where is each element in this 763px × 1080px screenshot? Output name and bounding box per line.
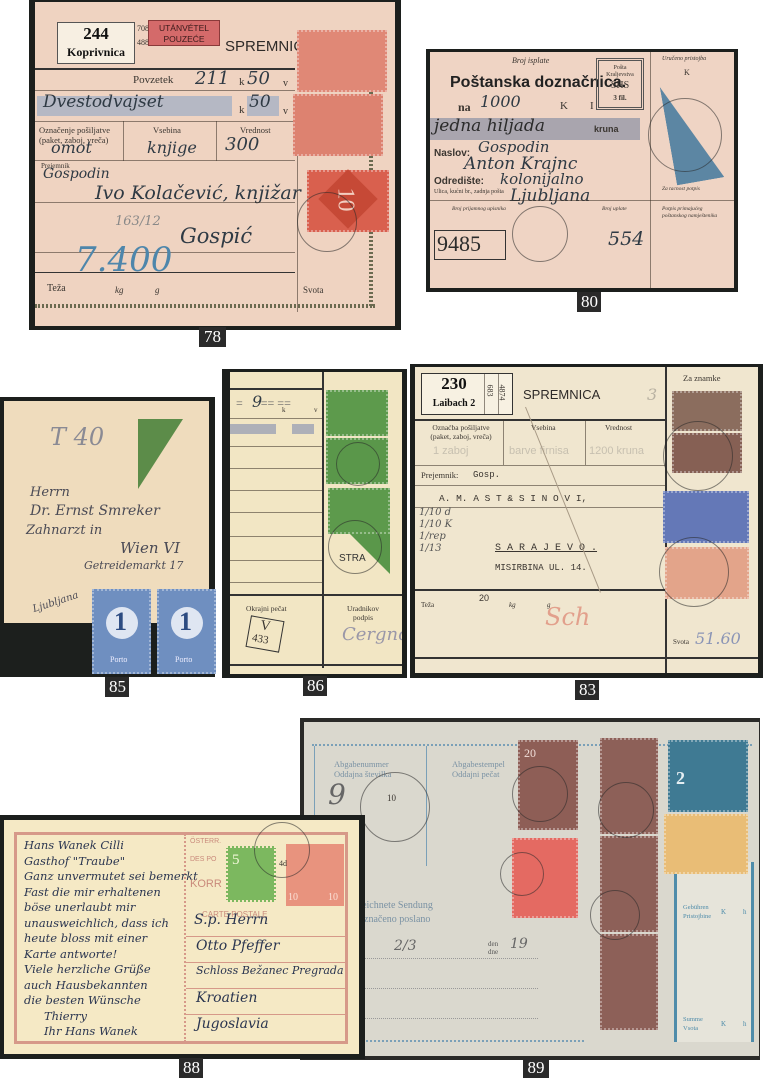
boxed-cancel: V 433 xyxy=(245,615,284,652)
k-label: k xyxy=(282,406,286,414)
povzetek-value: 211 xyxy=(195,68,229,89)
postmark-date: 10 xyxy=(387,793,396,803)
message-line: Ganz unvermutet sei bemerkt xyxy=(24,869,198,883)
uradnikov-label: Uradnikov podpis xyxy=(338,604,388,622)
signature: Cergnoff xyxy=(342,624,402,645)
box-number: 433 xyxy=(251,632,269,647)
za-znamke-label: Za znamke xyxy=(683,373,721,383)
header-3: DES PO xyxy=(190,856,216,863)
weight-handwritten: 7.400 xyxy=(75,240,172,280)
stamp-red-1 xyxy=(297,30,387,92)
address-line-1: Herrn xyxy=(30,485,70,500)
weight-value: 20 xyxy=(479,593,489,603)
lot-number-80: 80 xyxy=(577,292,601,312)
postmark-5 xyxy=(590,890,640,940)
lot-number-78: 78 xyxy=(199,327,226,347)
blue-stamp xyxy=(663,491,749,543)
postmark xyxy=(297,192,357,252)
message-line: Hans Wanek Cilli xyxy=(24,838,124,852)
postmark-2 xyxy=(512,766,568,822)
parcel-form-89[interactable]: Abgabenummer Oddajna številka Abgabestem… xyxy=(304,722,759,1056)
kruna-label: kruna xyxy=(594,124,619,134)
postmark-1 xyxy=(663,421,733,491)
oddajni-pecat-label: Oddajni pečat xyxy=(452,769,499,779)
vrednost-label: Vrednost xyxy=(605,423,632,432)
registration-label: 244 Koprivnica xyxy=(57,22,135,64)
dne-label: dne xyxy=(488,948,498,956)
oznacba-sub: (paket, zaboj, vreča) xyxy=(423,432,499,441)
recipient-line-1: Gospodin xyxy=(43,166,110,182)
message-line: Ihr Hans Wanek xyxy=(44,1024,138,1038)
uplate-value: 554 xyxy=(608,228,644,250)
blue-stamp-2k: 2 xyxy=(668,740,748,812)
message-line: heute bloss mit einer xyxy=(24,931,147,945)
parcel-card-86[interactable]: = == == 9 k v Okrajni pečat Uradnikov po… xyxy=(230,372,402,674)
value-3: 1200 kruna xyxy=(589,445,644,457)
amount-value: 9 xyxy=(252,392,262,411)
den-label: den xyxy=(488,940,498,948)
recipient-name: A. M. A S T & S I N O V I, xyxy=(439,493,587,504)
sender-note: Ljubljana xyxy=(31,590,79,615)
amount-words: jedna hiljada xyxy=(434,116,545,136)
svota-value: 51.60 xyxy=(695,629,741,648)
postage-box: Pošta Kraljevstva SHS 3 fil. xyxy=(596,58,644,110)
k-label-2: k xyxy=(239,104,245,116)
oznacenje-label: Označenje pošiljatve xyxy=(39,125,110,135)
green-stamp-1 xyxy=(326,390,388,436)
message-line: auch Hausbekannten xyxy=(24,978,148,992)
postmark-3 xyxy=(598,782,654,838)
lot-number-86: 86 xyxy=(303,676,327,696)
K-label-2: K xyxy=(721,1020,726,1028)
k-label-2: K xyxy=(684,68,690,77)
gosp-label: Gosp. xyxy=(473,470,500,480)
vrednost-value: 300 xyxy=(225,134,259,155)
pencil-mark: 3 xyxy=(647,385,657,404)
grey-field-2 xyxy=(292,424,314,434)
registration-label: 230 Laibach 2 683 4874 xyxy=(421,373,513,415)
k-label: k xyxy=(239,76,245,88)
message-line: böse unerlaubt mir xyxy=(24,900,135,914)
stamp-red-2 xyxy=(293,94,383,156)
vsebina-value: knjige xyxy=(147,138,197,157)
bisected-green-stamp xyxy=(138,419,183,489)
parcel-card-78[interactable]: 244 Koprivnica 708 4886 UTÁNVÉTEL POUZEĆ… xyxy=(35,2,395,326)
postmark-1: 10 xyxy=(360,772,430,842)
pristojbine-label: Pristojbine xyxy=(683,913,711,920)
brown-stamp-value: 20 xyxy=(524,746,536,761)
uruceno-label: Uručeno pristojba xyxy=(662,56,706,62)
message-line: die besten Wünsche xyxy=(24,993,141,1007)
cents-value: 50 xyxy=(249,92,271,112)
box-line-2: Kraljevstva xyxy=(599,72,641,78)
address-line: Schloss Bežanec Pregrada xyxy=(196,964,344,977)
prejemnik-label: Prejemnik: xyxy=(421,470,458,480)
recipient-city: Gospić xyxy=(180,224,252,248)
recipient-number: 163/12 xyxy=(115,214,161,229)
postmark-date: 4d xyxy=(279,859,287,868)
handwritten-notes: 1/10 d 1/10 K 1/rep 1/13 xyxy=(419,507,455,555)
h-label-2: h xyxy=(743,1020,747,1028)
address-line: S.p. Herrn xyxy=(194,912,268,928)
svota-label: Svota xyxy=(673,638,689,646)
blue-stamp-value: 2 xyxy=(676,768,685,789)
postmark-4 xyxy=(500,852,544,896)
teza-label: Teža xyxy=(421,601,434,609)
lot-number-89: 89 xyxy=(523,1058,549,1078)
postmark-gorica xyxy=(648,98,722,172)
postcard-88[interactable]: Hans Wanek CilliGasthof "Traube"Ganz unv… xyxy=(4,820,359,1054)
message-line: Gasthof "Traube" xyxy=(24,854,125,868)
address-line-4: Wien VI xyxy=(120,539,180,557)
due-porto-1: Porto xyxy=(110,655,127,664)
broj-isplate-label: Broj isplate xyxy=(512,56,549,65)
label-number: 230 xyxy=(426,374,482,394)
address-line-5: Getreidemarkt 17 xyxy=(84,559,183,572)
g-label: g xyxy=(155,285,160,295)
postmark-2 xyxy=(659,537,729,607)
amount-words: Dvestodvajset xyxy=(43,92,164,112)
label-place: Laibach 2 xyxy=(426,398,482,409)
odrediste-sub: Ulica, kućni br., zadnja pošta xyxy=(434,189,504,195)
cod-label-line2: POUZEĆE xyxy=(149,34,219,44)
card-divider xyxy=(184,834,186,1042)
message-line: Thierry xyxy=(44,1009,87,1023)
postmark-2 xyxy=(512,206,568,262)
handwritten-date: 2/3 xyxy=(394,938,417,954)
yellow-stamp xyxy=(664,814,748,874)
postmark-1 xyxy=(336,442,380,486)
broj-uplate-label: Broj uplate xyxy=(602,206,627,212)
vsebina-label: Vsebina xyxy=(153,125,181,135)
postmark-place: STRA xyxy=(339,553,366,564)
address-line: Kroatien xyxy=(196,990,257,1006)
box-line-3: SHS xyxy=(599,80,641,91)
boxed-number-value: 9485 xyxy=(437,231,481,257)
l-label: I xyxy=(590,100,594,112)
boxed-number: 9485 xyxy=(434,230,506,260)
povzetek-cents: 50 xyxy=(247,68,270,89)
label-place: Koprivnica xyxy=(58,45,134,60)
amount-value: 1000 xyxy=(480,92,521,111)
na-label: na xyxy=(458,100,471,115)
message-line: unausweichlich, dass ich xyxy=(24,916,169,930)
K-label: K xyxy=(721,908,726,916)
form-title: SPREMNICA xyxy=(523,387,600,402)
adhesive-value: 5 xyxy=(232,852,240,869)
handwritten-number: 9 xyxy=(328,778,346,811)
korr-text: KORR xyxy=(190,878,222,890)
grey-field-1 xyxy=(230,424,276,434)
address-line: Jugoslavia xyxy=(196,1016,269,1032)
h-label: h xyxy=(743,908,747,916)
odrediste-value-2: Ljubljana xyxy=(510,186,590,206)
recipient-street: MISIRBINA UL. 14. xyxy=(495,563,587,573)
lot-number-83: 83 xyxy=(575,680,599,700)
oznacenje-value: omot xyxy=(51,138,92,157)
box-line-4: 3 fil. xyxy=(599,94,641,102)
handwritten-year: 19 xyxy=(510,936,528,952)
header-1: ÖSTERR. xyxy=(190,838,221,845)
lot-number-85: 85 xyxy=(105,677,129,697)
v-label: v xyxy=(283,78,288,89)
odrediste-label: Odredište: xyxy=(434,176,484,187)
indicium-value-right: 10 xyxy=(328,892,338,903)
postmark: 4d xyxy=(254,822,310,878)
summe-label: Summe xyxy=(683,1016,703,1023)
message-line: Viele herzliche Grüße xyxy=(24,962,151,976)
fee-panel: Gebühren Pristojbine K h Summe Vsota K h xyxy=(674,862,754,1042)
v-label-2: v xyxy=(283,106,288,117)
brown-stamp-vert-3 xyxy=(600,934,658,1030)
za-tocnost-label: Za tacnost potpis xyxy=(662,186,700,192)
kg-label: kg xyxy=(509,601,516,609)
due-value-1: 1 xyxy=(114,607,127,637)
abgabestempel-label: Abgabestempel xyxy=(452,759,505,769)
due-value-2: 1 xyxy=(179,607,192,637)
okrajni-label: Okrajni pečat xyxy=(246,604,287,613)
teza-label: Teža xyxy=(47,283,66,294)
oznacba-label: Oznaćba pošiljatve xyxy=(423,423,499,432)
label-number: 244 xyxy=(58,24,134,44)
postmark-2: STRA xyxy=(328,520,382,574)
label-code-b: 4874 xyxy=(498,385,507,401)
k-label: K xyxy=(560,100,568,112)
box-line-1: Pošta xyxy=(599,65,641,71)
ornamental-border xyxy=(35,304,375,308)
vsota-label: Vsota xyxy=(683,1025,698,1032)
money-order-80[interactable]: Broj isplate Poštanska doznačnica. na 10… xyxy=(430,52,734,288)
value-1: 1 zaboj xyxy=(433,445,468,457)
svota-label: Svota xyxy=(303,285,324,295)
indicium-value-left: 10 xyxy=(288,892,298,903)
kg-label: kg xyxy=(115,285,124,295)
parcel-card-83[interactable]: 230 Laibach 2 683 4874 SPREMNICA 3 Za zn… xyxy=(415,367,758,673)
potpis-label: Potpis primajućeg poštanskog namještenik… xyxy=(662,206,722,220)
gebuhren-label: Gebühren xyxy=(683,904,709,911)
address-line: Otto Pfeffer xyxy=(196,938,279,954)
povzetek-label: Povzetek xyxy=(133,74,173,86)
tax-mark: T 40 xyxy=(50,423,104,451)
lot-number-88: 88 xyxy=(179,1058,203,1078)
due-porto-2: Porto xyxy=(175,655,192,664)
label-code-a: 683 xyxy=(486,385,495,397)
cod-label: UTÁNVÉTEL POUZEĆE xyxy=(148,20,220,46)
v-label: v xyxy=(314,406,318,414)
cod-label-line1: UTÁNVÉTEL xyxy=(149,23,219,33)
address-line-3: Zahnarzt in xyxy=(26,523,102,538)
postage-due-stamp-1: 1 Porto xyxy=(92,589,151,674)
message-line: Fast die mir erhaltenen xyxy=(24,885,161,899)
recipient-line-2: Ivo Kolačević, knjižar xyxy=(95,182,301,204)
address-line-2: Dr. Ernst Smreker xyxy=(30,503,160,519)
message-line: Karte antworte! xyxy=(24,947,117,961)
red-crayon-mark: Sch xyxy=(545,603,590,631)
abgabenummer-label: Abgabenummer xyxy=(334,759,389,769)
postage-due-stamp-2: 1 Porto xyxy=(157,589,216,674)
broj-prijamnog-label: Broj prijamnog upisnika xyxy=(452,206,506,212)
value-2: barve firnisa xyxy=(509,445,569,457)
